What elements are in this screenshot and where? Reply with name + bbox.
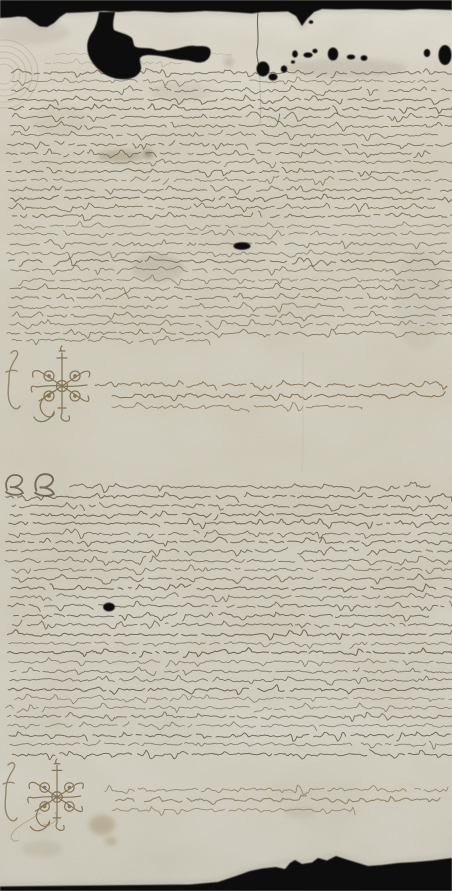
burn-spot [103, 603, 115, 612]
burn-spot [309, 20, 313, 24]
burn-spot [257, 62, 270, 77]
burn-spot [439, 45, 452, 65]
burn-spot [328, 48, 338, 61]
burn-spot [361, 55, 368, 61]
burn-spot [234, 242, 251, 250]
burn-spot [312, 49, 317, 53]
burn-spot [291, 60, 295, 63]
burn-spot [281, 66, 287, 73]
manuscript-page [0, 0, 452, 891]
paper-grain [0, 0, 452, 891]
burn-spot [299, 15, 306, 20]
burn-spot [269, 74, 278, 81]
burn-spot [303, 52, 312, 57]
burn-spot [292, 50, 298, 57]
burn-spot [424, 49, 430, 57]
manuscript-scan [0, 0, 452, 891]
burn-spot [347, 55, 355, 60]
